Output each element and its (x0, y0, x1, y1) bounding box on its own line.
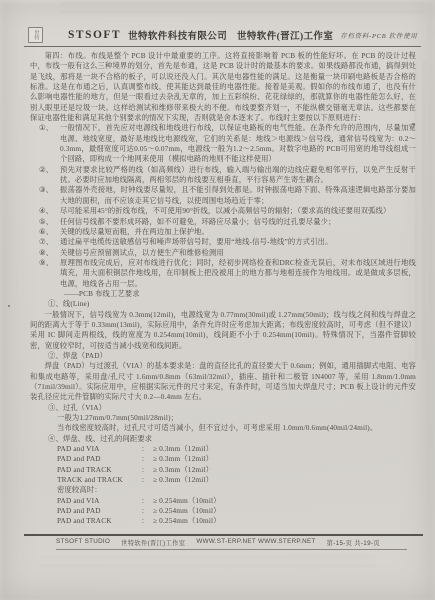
spacing-pair: PAD and PAD (57, 454, 137, 464)
spacing-pair: PAD and TRACK (57, 465, 137, 475)
principle-text: 通过扁平电缆传送敏感信号和噪声场带信号时，要用“地线-信号-地线”的方式引出。 (60, 237, 416, 247)
list-marker: ②、 (39, 165, 60, 186)
pcb-process-subheading: ——PCB 布线工艺要求 (64, 289, 416, 299)
spacing-row: PAD and PAD ： ≥ 0.3mm（12mil） (57, 454, 416, 464)
spacing-pair: PAD and VIA (57, 444, 137, 454)
spacing-pair: PAD and VIA (57, 496, 137, 506)
footer-underline (56, 549, 407, 550)
section-title-via: ③、过孔（VIA） (48, 403, 416, 413)
spacing-row: PAD and TRACK ： ≥ 0.254mm（10mil） (57, 516, 416, 526)
scan-bleed-artifact (415, 60, 431, 360)
company-seal-logo: 世特 (28, 27, 43, 43)
footer-rule (24, 534, 423, 536)
list-marker: ③、 (39, 185, 60, 206)
list-marker: ⑤、 (39, 217, 60, 227)
spacing-value: ≥ 0.3mm（12mil） (153, 465, 416, 475)
scan-bleed-artifact (40, 556, 375, 570)
section-body-line: 一般情况下，信号线宽为 0.3mm(12mil)，电源线宽为 0.77mm(30… (30, 310, 416, 351)
principle-text: 振荡器外壳接地，时钟线要尽量短，且不能引得到处都是。时钟振荡电路下面、特殊高速逻… (60, 185, 416, 206)
spacing-row: PAD and PAD ： ≥ 0.254mm（10mil） (57, 506, 416, 516)
header-rule (24, 46, 421, 47)
section-title-spacing: ④、焊盘、线、过孔的间距要求 (48, 434, 416, 444)
spacing-row: TRACK and TRACK ： ≥ 0.3mm（12mil） (57, 475, 416, 485)
list-marker: ⑦、 (39, 237, 60, 247)
spacing-pair: PAD and PAD (57, 506, 137, 516)
principle-text: 尽可能采用45°的折线布线，不可使用90°折线，以减小高频信号的辐射；（要求高的… (60, 206, 416, 216)
footer-page-info: 第-15-页 共-19-页 (327, 538, 380, 547)
spacing-value: ≥ 0.254mm（10mil） (153, 496, 416, 506)
list-marker: ①、 (39, 123, 60, 164)
footer-studio-cn: 世特软件(晋江)工作室 (121, 538, 185, 547)
company-name-en: STSOFT (68, 29, 121, 41)
scanned-document-page: 世特 STSOFT 世特软件科技有限公司 世特软件(晋江)工作室 存档资料-PC… (0, 0, 435, 600)
principle-text: 任何信号线都不要形成环路，如不可避免，环路应尽量小；信号线的过孔要尽量少； (60, 217, 416, 227)
document-header: 世特 STSOFT 世特软件科技有限公司 世特软件(晋江)工作室 存档资料-PC… (28, 26, 415, 44)
list-marker: ⑧、 (39, 248, 60, 258)
spacing-row: PAD and TRACK ： ≥ 0.3mm（12mil） (57, 465, 416, 475)
spacing-value: ≥ 0.254mm（10mil） (153, 506, 416, 516)
principle-item: ⑨、 原理图布线完成后，应对布线进行优化；同时，经初步网络检查和DRC检查无误后… (30, 258, 416, 289)
spacing-colon: ： (137, 506, 153, 516)
principle-item: ④、 尽可能采用45°的折线布线，不可使用90°折线，以减小高频信号的辐射；（要… (30, 206, 416, 216)
spacing-colon: ： (137, 516, 153, 526)
principle-text: 一般情况下，首先应对电源线和地线进行布线，以保证电路板的电气性能。在条件允许的范… (60, 123, 416, 164)
spacing-colon: ： (137, 496, 153, 506)
document-body: 第四：布线。布线是整个 PCB 设计中最重要的工序。这将直接影响着 PCB 板的… (30, 51, 416, 532)
document-footer: STSOFT STUDIO 世特软件(晋江)工作室 WWW.ST-ERP.NET… (56, 538, 407, 547)
principle-item: ⑧、 关键信号应预留测试点，以方便生产和维修检测用 (30, 248, 416, 258)
list-marker: ④、 (39, 206, 60, 216)
scan-speck (8, 305, 10, 307)
principle-item: ⑥、 关键的线尽量短而粗，并在两边加上保护地。 (30, 227, 416, 237)
via-spec-line: 当布线密度较高时，过孔尺寸可适当减小，但不宜过小，可考虑采用 1.0mm/0.6… (57, 423, 416, 433)
spacing-value: ≥ 0.3mm（12mil） (153, 475, 416, 485)
spacing-value: ≥ 0.3mm（12mil） (153, 444, 416, 454)
spacing-pair: TRACK and TRACK (57, 475, 137, 485)
list-marker: ⑨、 (39, 258, 60, 289)
spacing-value: ≥ 0.3mm（12mil） (153, 454, 416, 464)
spacing-pair: PAD and TRACK (57, 516, 137, 526)
principle-text: 关键信号应预留测试点，以方便生产和维修检测用 (60, 248, 416, 258)
spacing-colon: ： (137, 475, 153, 485)
spacing-colon: ： (137, 454, 153, 464)
intro-paragraph: 第四：布线。布线是整个 PCB 设计中最重要的工序。这将直接影响着 PCB 板的… (30, 51, 416, 123)
company-name-cn: 世特软件科技有限公司 世特软件(晋江)工作室 (128, 28, 333, 42)
principle-item: ③、 振荡器外壳接地，时钟线要尽量短，且不能引得到处都是。时钟振荡电路下面、特殊… (30, 185, 416, 206)
section-title-line: ①、线(Line) (48, 299, 416, 309)
principle-item: ⑦、 通过扁平电缆传送敏感信号和噪声场带信号时，要用“地线-信号-地线”的方式引… (30, 237, 416, 247)
principle-text: 预先对要求比较严格的线（如高频线）进行布线，输入端与输出端的边线应避免相邻平行，… (60, 165, 416, 186)
spacing-value: ≥ 0.254mm（10mil） (153, 516, 416, 526)
spacing-colon: ： (137, 465, 153, 475)
document-tag: 存档资料-PCB 软件使用 (340, 31, 417, 40)
spacing-row: PAD and VIA ： ≥ 0.254mm（10mil） (57, 496, 416, 506)
list-marker: ⑥、 (39, 227, 60, 237)
spacing-colon: ： (137, 444, 153, 454)
principle-text: 关键的线尽量短而粗，并在两边加上保护地。 (60, 227, 416, 237)
principle-text: 原理图布线完成后，应对布线进行优化；同时，经初步网络检查和DRC检查无误后，对未… (60, 258, 416, 289)
section-title-pad: ②、焊盘（PAD） (48, 351, 416, 361)
principle-item: ②、 预先对要求比较严格的线（如高频线）进行布线，输入端与输出端的边线应避免相邻… (30, 165, 416, 186)
via-spec-line: 一般为1.27mm/0.7mm(50mil/28mil)； (57, 413, 416, 423)
footer-studio-en: STSOFT STUDIO (56, 538, 110, 547)
principle-item: ①、 一般情况下，首先应对电源线和地线进行布线，以保证电路板的电气性能。在条件允… (30, 123, 416, 164)
high-density-label: 密度较高时： (57, 485, 416, 495)
scan-bleed-artifact (60, 2, 425, 20)
footer-urls: WWW.ST-ERP.NET WWW.STERP.NET (196, 538, 315, 547)
principle-item: ⑤、 任何信号线都不要形成环路，如不可避免，环路应尽量小；信号线的过孔要尽量少； (30, 217, 416, 227)
spacing-row: PAD and VIA ： ≥ 0.3mm（12mil） (57, 444, 416, 454)
section-body-pad: 焊盘（PAD）与过渡孔（VIA）的基本要求是：盘的直径比孔的直径要大于 0.6m… (30, 361, 416, 402)
